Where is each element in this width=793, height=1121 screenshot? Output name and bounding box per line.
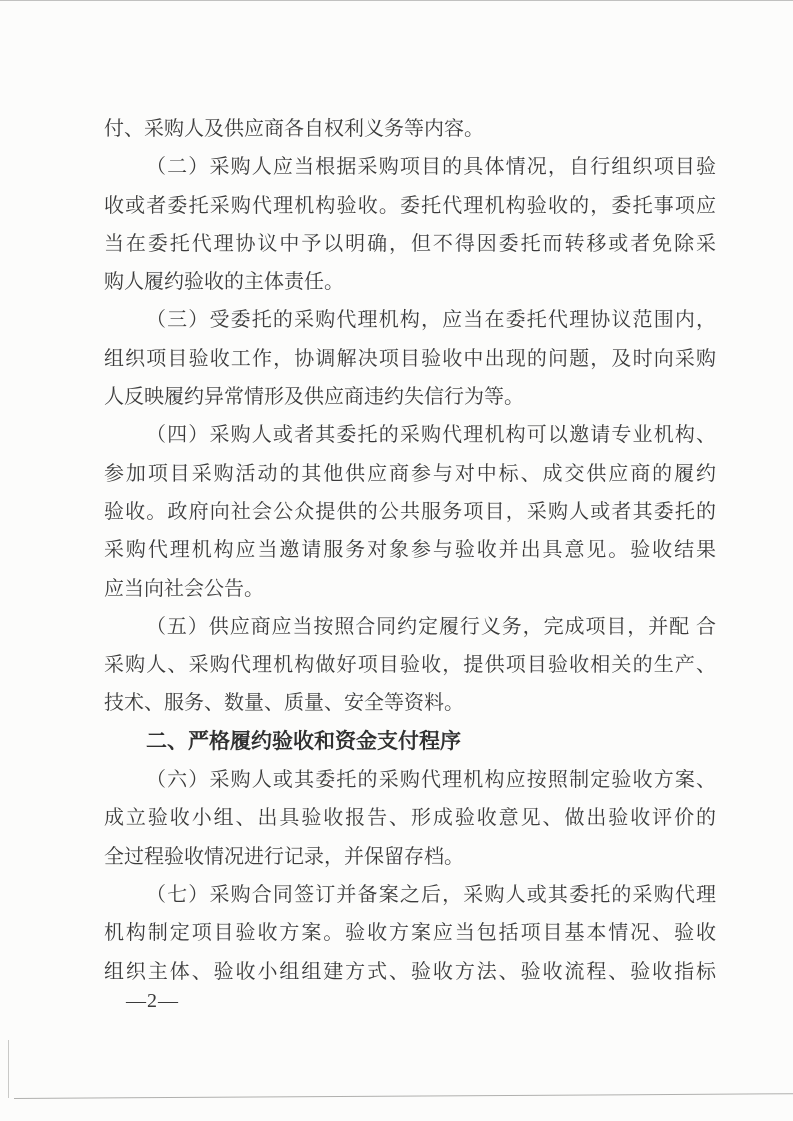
text-line: 成立验收小组、出具验收报告、形成验收意见、做出验收评价的 [104, 799, 716, 837]
scan-edge-bottom-line [14, 1093, 793, 1099]
text-line: （三）受委托的采购代理机构，应当在委托代理协议范围内， [104, 301, 716, 339]
document-body: 付、采购人及供应商各自权利义务等内容。 （二）采购人应当根据采购项目的具体情况，… [104, 110, 716, 991]
text-line: （五）供应商应当按照合同约定履行义务，完成项目，并配 合 [104, 608, 716, 646]
text-line: 收或者委托采购代理机构验收。委托代理机构验收的，委托事项应 [104, 187, 716, 225]
text-line: 全过程验收情况进行记录，并保留存档。 [104, 838, 716, 876]
text-line: （二）采购人应当根据采购项目的具体情况，自行组织项目验 [104, 148, 716, 186]
text-line: 验收。政府向社会公众提供的公共服务项目，采购人或者其委托的 [104, 493, 716, 531]
text-line: 采购代理机构应当邀请服务对象参与验收并出具意见。验收结果 [104, 531, 716, 569]
text-line: 机构制定项目验收方案。验收方案应当包括项目基本情况、验收 [104, 914, 716, 952]
text-line: （六）采购人或其委托的采购代理机构应按照制定验收方案、 [104, 761, 716, 799]
scan-edge-left-line [8, 1040, 9, 1098]
text-line: 技术、服务、数量、质量、安全等资料。 [104, 684, 716, 722]
text-line: 当在委托代理协议中予以明确，但不得因委托而转移或者免除采 [104, 225, 716, 263]
page-number: —2— [126, 988, 179, 1014]
document-page: 付、采购人及供应商各自权利义务等内容。 （二）采购人应当根据采购项目的具体情况，… [0, 0, 793, 1121]
text-line: 采购人、采购代理机构做好项目验收，提供项目验收相关的生产、 [104, 646, 716, 684]
section-heading: 二、严格履约验收和资金支付程序 [104, 723, 716, 761]
scan-edge-top-line [0, 0, 793, 1]
text-line: 付、采购人及供应商各自权利义务等内容。 [104, 110, 716, 148]
text-line: 应当向社会公告。 [104, 570, 716, 608]
text-line: 组织项目验收工作，协调解决项目验收中出现的问题，及时向采购 [104, 340, 716, 378]
text-line: （七）采购合同签订并备案之后，采购人或其委托的采购代理 [104, 876, 716, 914]
text-line: 参加项目采购活动的其他供应商参与对中标、成交供应商的履约 [104, 455, 716, 493]
text-line: 人反映履约异常情形及供应商违约失信行为等。 [104, 378, 716, 416]
text-line: 购人履约验收的主体责任。 [104, 263, 716, 301]
text-line: 组织主体、验收小组组建方式、验收方法、验收流程、验收指标 [104, 953, 716, 991]
text-line: （四）采购人或者其委托的采购代理机构可以邀请专业机构、 [104, 416, 716, 454]
